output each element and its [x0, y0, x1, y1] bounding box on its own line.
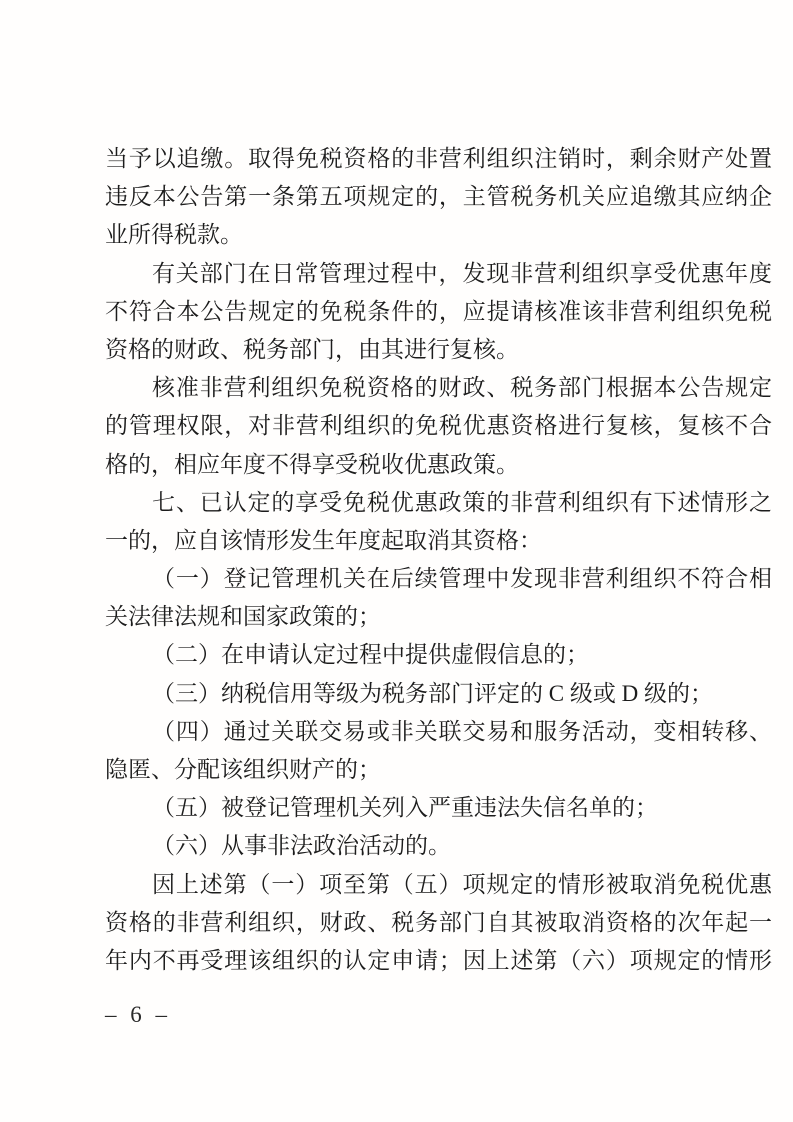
text-line: （一）登记管理机关在后续管理中发现非营利组织不符合相 — [105, 560, 772, 598]
text-line: 当予以追缴。取得免税资格的非营利组织注销时，剩余财产处置 — [105, 140, 772, 178]
text-line: 关法律法规和国家政策的； — [105, 598, 772, 636]
text-line: （五）被登记管理机关列入严重违法失信名单的； — [105, 789, 772, 827]
text-line: 格的，相应年度不得享受税收优惠政策。 — [105, 446, 772, 484]
document-page: 当予以追缴。取得免税资格的非营利组织注销时，剩余财产处置 违反本公告第一条第五项… — [0, 0, 793, 1122]
text-line: 不符合本公告规定的免税条件的，应提请核准该非营利组织免税 — [105, 293, 772, 331]
text-line: 资格的财政、税务部门，由其进行复核。 — [105, 331, 772, 369]
text-line: （四）通过关联交易或非关联交易和服务活动，变相转移、 — [105, 713, 772, 751]
page-number: – 6 – — [105, 1002, 169, 1028]
text-line: 七、已认定的享受免税优惠政策的非营利组织有下述情形之 — [105, 484, 772, 522]
text-line: （三）纳税信用等级为税务部门评定的 C 级或 D 级的； — [105, 675, 772, 713]
text-line: （六）从事非法政治活动的。 — [105, 827, 772, 865]
text-line: 核准非营利组织免税资格的财政、税务部门根据本公告规定 — [105, 369, 772, 407]
text-line: 因上述第（一）项至第（五）项规定的情形被取消免税优惠 — [105, 866, 772, 904]
text-line: 业所得税款。 — [105, 216, 772, 254]
text-line: 资格的非营利组织，财政、税务部门自其被取消资格的次年起一 — [105, 904, 772, 942]
text-line: 有关部门在日常管理过程中，发现非营利组织享受优惠年度 — [105, 255, 772, 293]
text-line: 一的，应自该情形发生年度起取消其资格： — [105, 522, 772, 560]
text-line: 隐匿、分配该组织财产的； — [105, 751, 772, 789]
text-line: （二）在申请认定过程中提供虚假信息的； — [105, 636, 772, 674]
text-line: 的管理权限，对非营利组织的免税优惠资格进行复核，复核不合 — [105, 407, 772, 445]
text-line: 年内不再受理该组织的认定申请；因上述第（六）项规定的情形 — [105, 942, 772, 980]
text-line: 违反本公告第一条第五项规定的，主管税务机关应追缴其应纳企 — [105, 178, 772, 216]
document-body: 当予以追缴。取得免税资格的非营利组织注销时，剩余财产处置 违反本公告第一条第五项… — [105, 140, 772, 980]
